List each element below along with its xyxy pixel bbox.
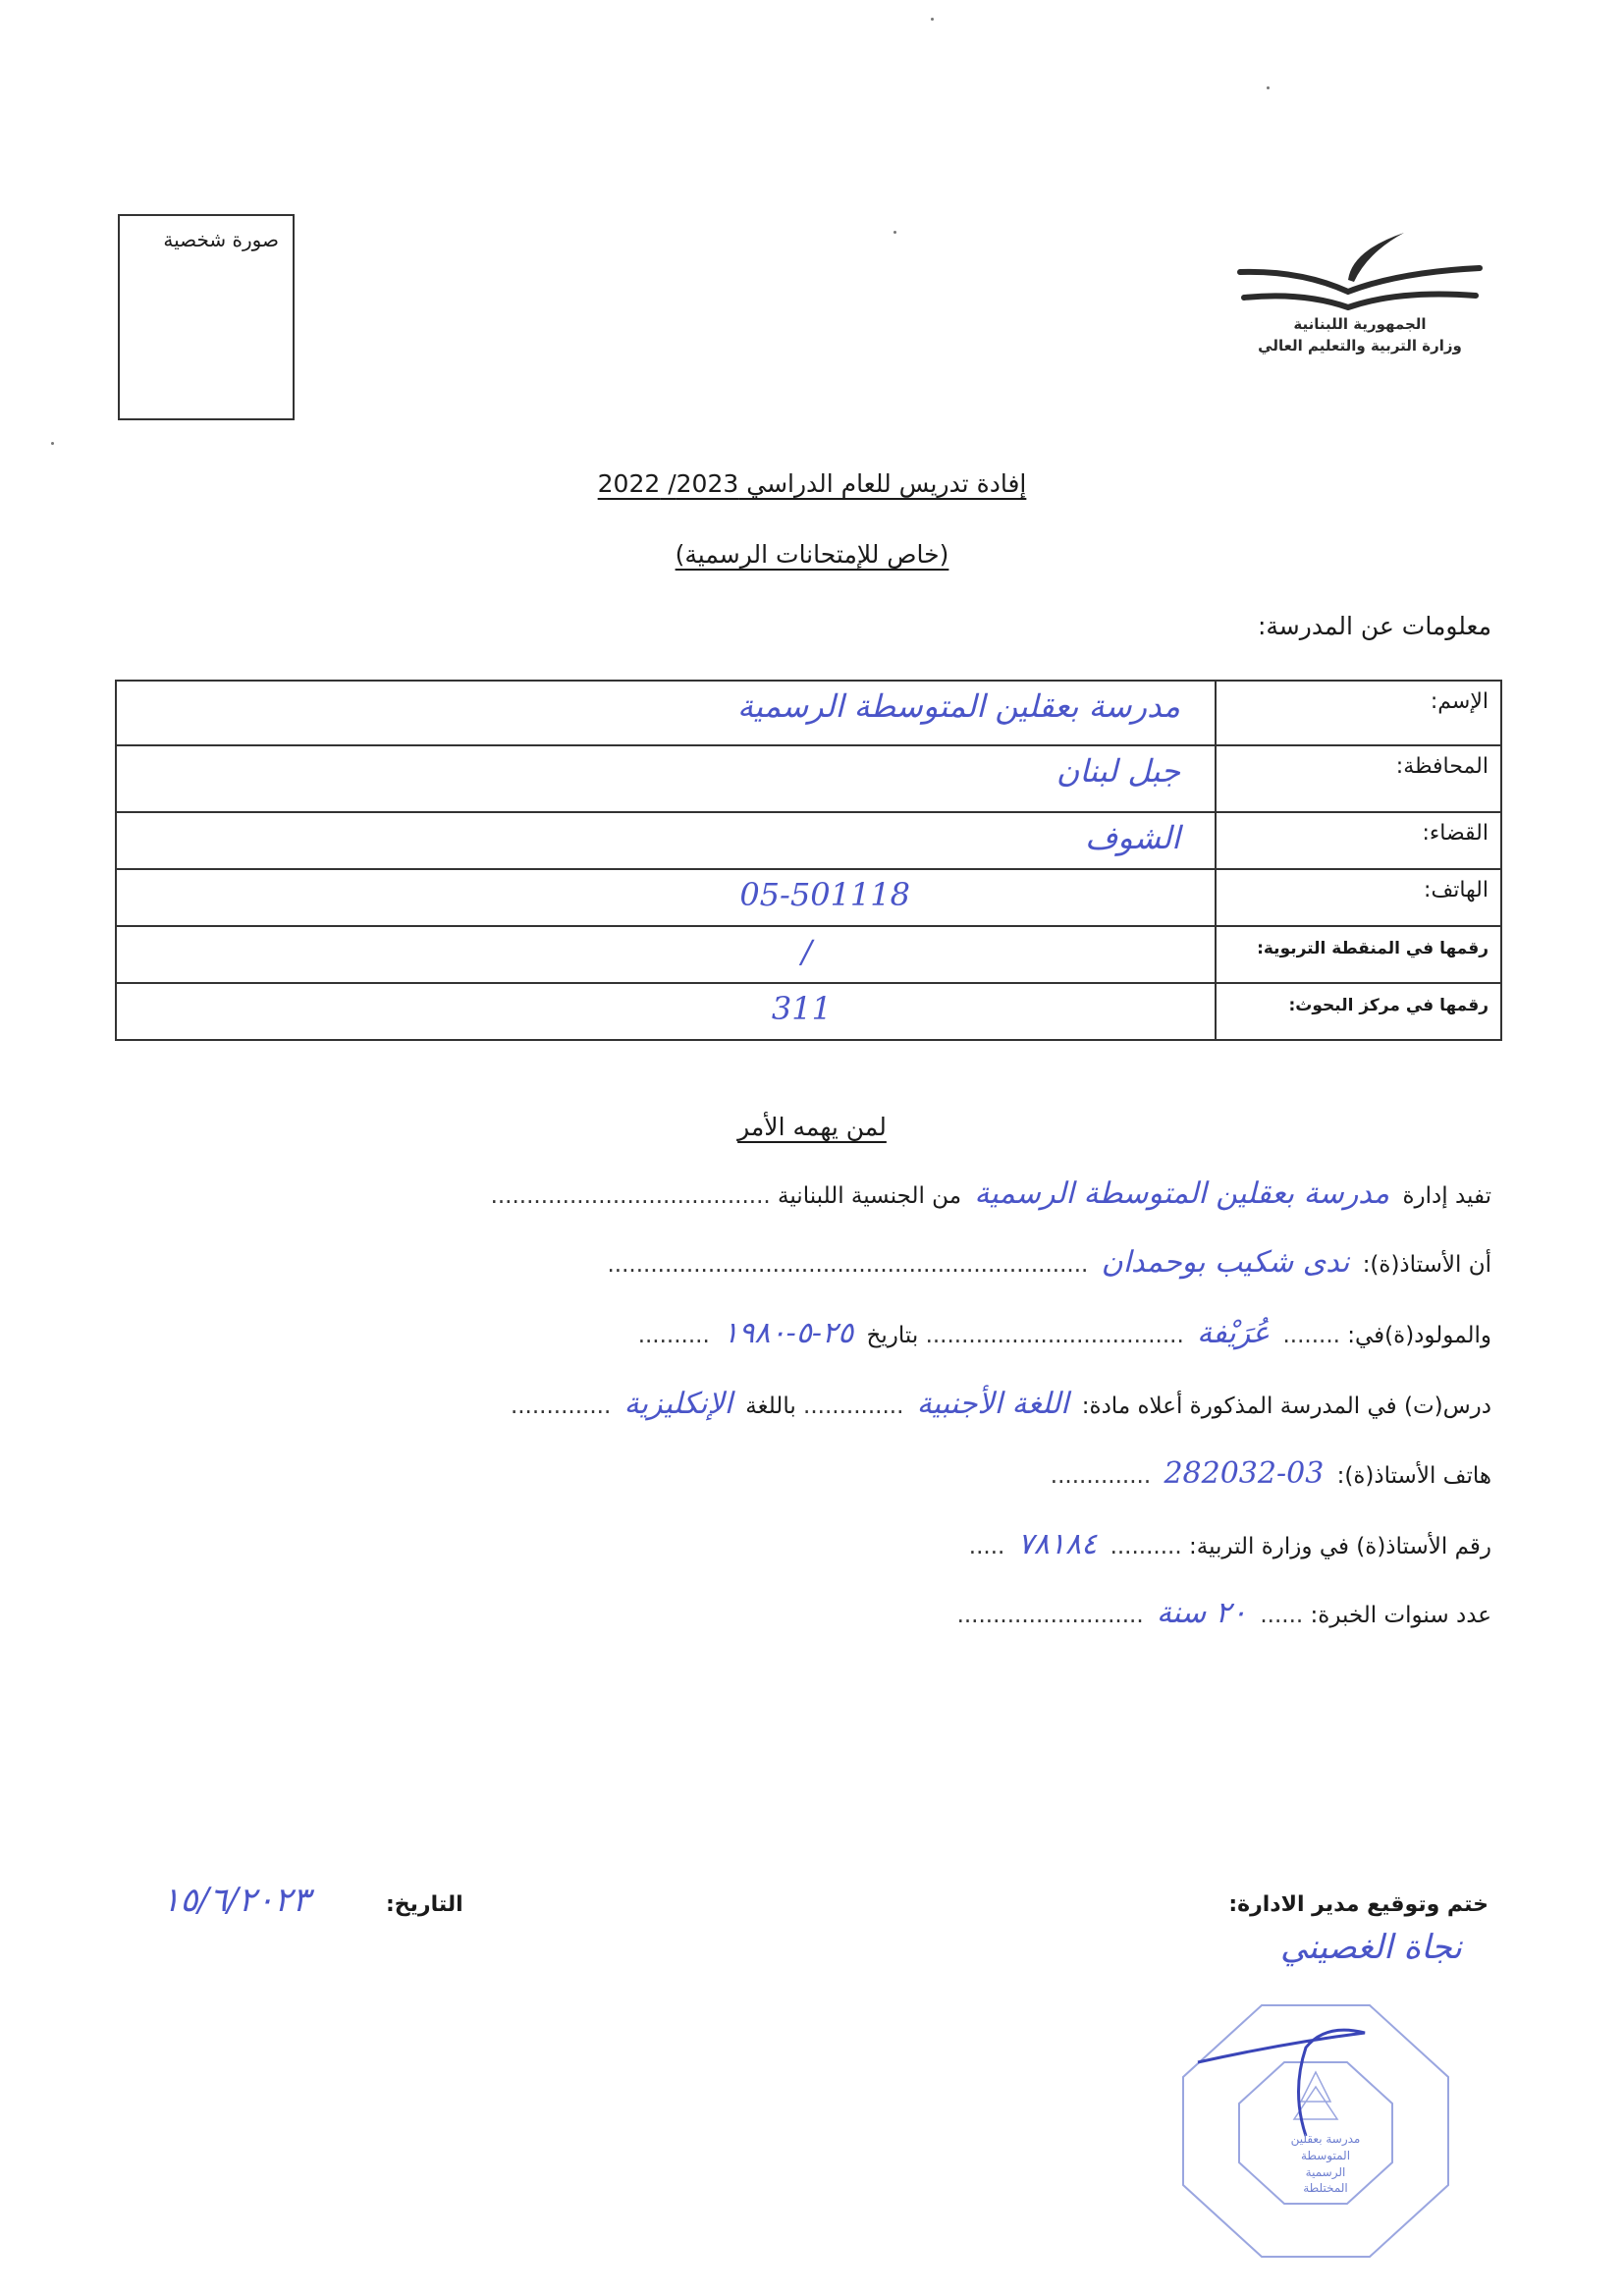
date-label: التاريخ: — [386, 1892, 463, 1917]
school-info-heading: معلومات عن المدرسة: — [1258, 612, 1491, 640]
ministry-logo: الجمهورية اللبنانية وزارة التربية والتعل… — [1232, 221, 1488, 368]
logo-ministry-text: وزارة التربية والتعليم العالي — [1232, 337, 1488, 355]
line-subject: درس(ت) في المدرسة المذكورة أعلاه مادة: ا… — [511, 1387, 1491, 1421]
label-phone: الهاتف: — [1216, 869, 1501, 926]
label-educational-zone-number: رقمها في المنقطة التربوية: — [1216, 926, 1501, 983]
scan-speck — [1267, 86, 1270, 89]
school-stamp: مدرسة بعقلين المتوسطة الرسمية المختلطة — [1168, 1994, 1463, 2269]
experience-years-field: ٢٠ سنة — [1157, 1596, 1247, 1630]
line-teacher-phone: هاتف الأستاذ(ة): 03-282032 .............… — [1051, 1456, 1491, 1491]
language-field: الإنكليزية — [624, 1387, 732, 1421]
document-title: إفادة تدريس للعام الدراسي 2023/ 2022 — [0, 469, 1624, 498]
signature-label: ختم وتوقيع مدير الادارة: — [1228, 1892, 1489, 1917]
scan-speck — [893, 231, 896, 234]
label-district: القضاء: — [1216, 812, 1501, 869]
label-governorate: المحافظة: — [1216, 745, 1501, 812]
line-birth: والمولود(ة)في: ........ عُرَيْفة .......… — [638, 1316, 1491, 1350]
table-row: القضاء: الشوف — [116, 812, 1501, 869]
scan-speck — [931, 18, 934, 21]
table-row: الإسم: مدرسة بعقلين المتوسطة الرسمية — [116, 681, 1501, 745]
district-value: الشوف — [1085, 819, 1180, 856]
research-center-number-value: 311 — [772, 990, 832, 1027]
label-research-center-number: رقمها في مركز البحوث: — [1216, 983, 1501, 1040]
birth-date-field: ٢٥-٥-١٩٨٠ — [723, 1316, 853, 1350]
table-row: رقمها في مركز البحوث: 311 — [116, 983, 1501, 1040]
to-whom-heading: لمن يهمه الأمر — [0, 1113, 1624, 1141]
educational-zone-number-value: / — [801, 933, 812, 970]
document-subtitle: (خاص للإمتحانات الرسمية) — [0, 540, 1624, 569]
line-ministry-number: رقم الأستاذ(ة) في وزارة التربية: .......… — [969, 1527, 1491, 1561]
governorate-value: جبل لبنان — [1056, 752, 1180, 790]
stamp-inner-text: مدرسة بعقلين المتوسطة الرسمية المختلطة — [1272, 2131, 1380, 2197]
table-row: المحافظة: جبل لبنان — [116, 745, 1501, 812]
table-row: رقمها في المنقطة التربوية: / — [116, 926, 1501, 983]
date-value: ١٥/٦/٢٠٢٣ — [162, 1881, 310, 1920]
school-phone-value: 05-501118 — [739, 876, 910, 913]
line-teacher-name: أن الأستاذ(ة): ندى شكيب بوحمدان ........… — [608, 1245, 1492, 1280]
scan-speck — [51, 442, 54, 445]
line-experience: عدد سنوات الخبرة: ...... ٢٠ سنة ........… — [957, 1596, 1491, 1630]
birthplace-field: عُرَيْفة — [1197, 1316, 1270, 1350]
subject-field: اللغة الأجنبية — [917, 1387, 1069, 1421]
label-name: الإسم: — [1216, 681, 1501, 745]
ministry-number-field: ٧٨١٨٤ — [1018, 1527, 1098, 1561]
school-name-value: مدرسة بعقلين المتوسطة الرسمية — [737, 687, 1180, 725]
logo-republic-text: الجمهورية اللبنانية — [1232, 315, 1488, 333]
principal-signature-name: نجاة الغصيني — [1280, 1928, 1462, 1967]
photo-box-label: صورة شخصية — [163, 228, 279, 251]
line-administration: تفيد إدارة مدرسة بعقلين المتوسطة الرسمية… — [491, 1176, 1491, 1211]
school-name-field: مدرسة بعقلين المتوسطة الرسمية — [974, 1176, 1389, 1211]
photo-placeholder-box: صورة شخصية — [118, 214, 295, 420]
school-info-table: الإسم: مدرسة بعقلين المتوسطة الرسمية الم… — [115, 680, 1502, 1041]
teacher-phone-field: 03-282032 — [1164, 1456, 1324, 1491]
table-row: الهاتف: 05-501118 — [116, 869, 1501, 926]
teacher-name-field: ندى شكيب بوحمدان — [1102, 1245, 1350, 1280]
open-book-icon — [1232, 221, 1488, 329]
